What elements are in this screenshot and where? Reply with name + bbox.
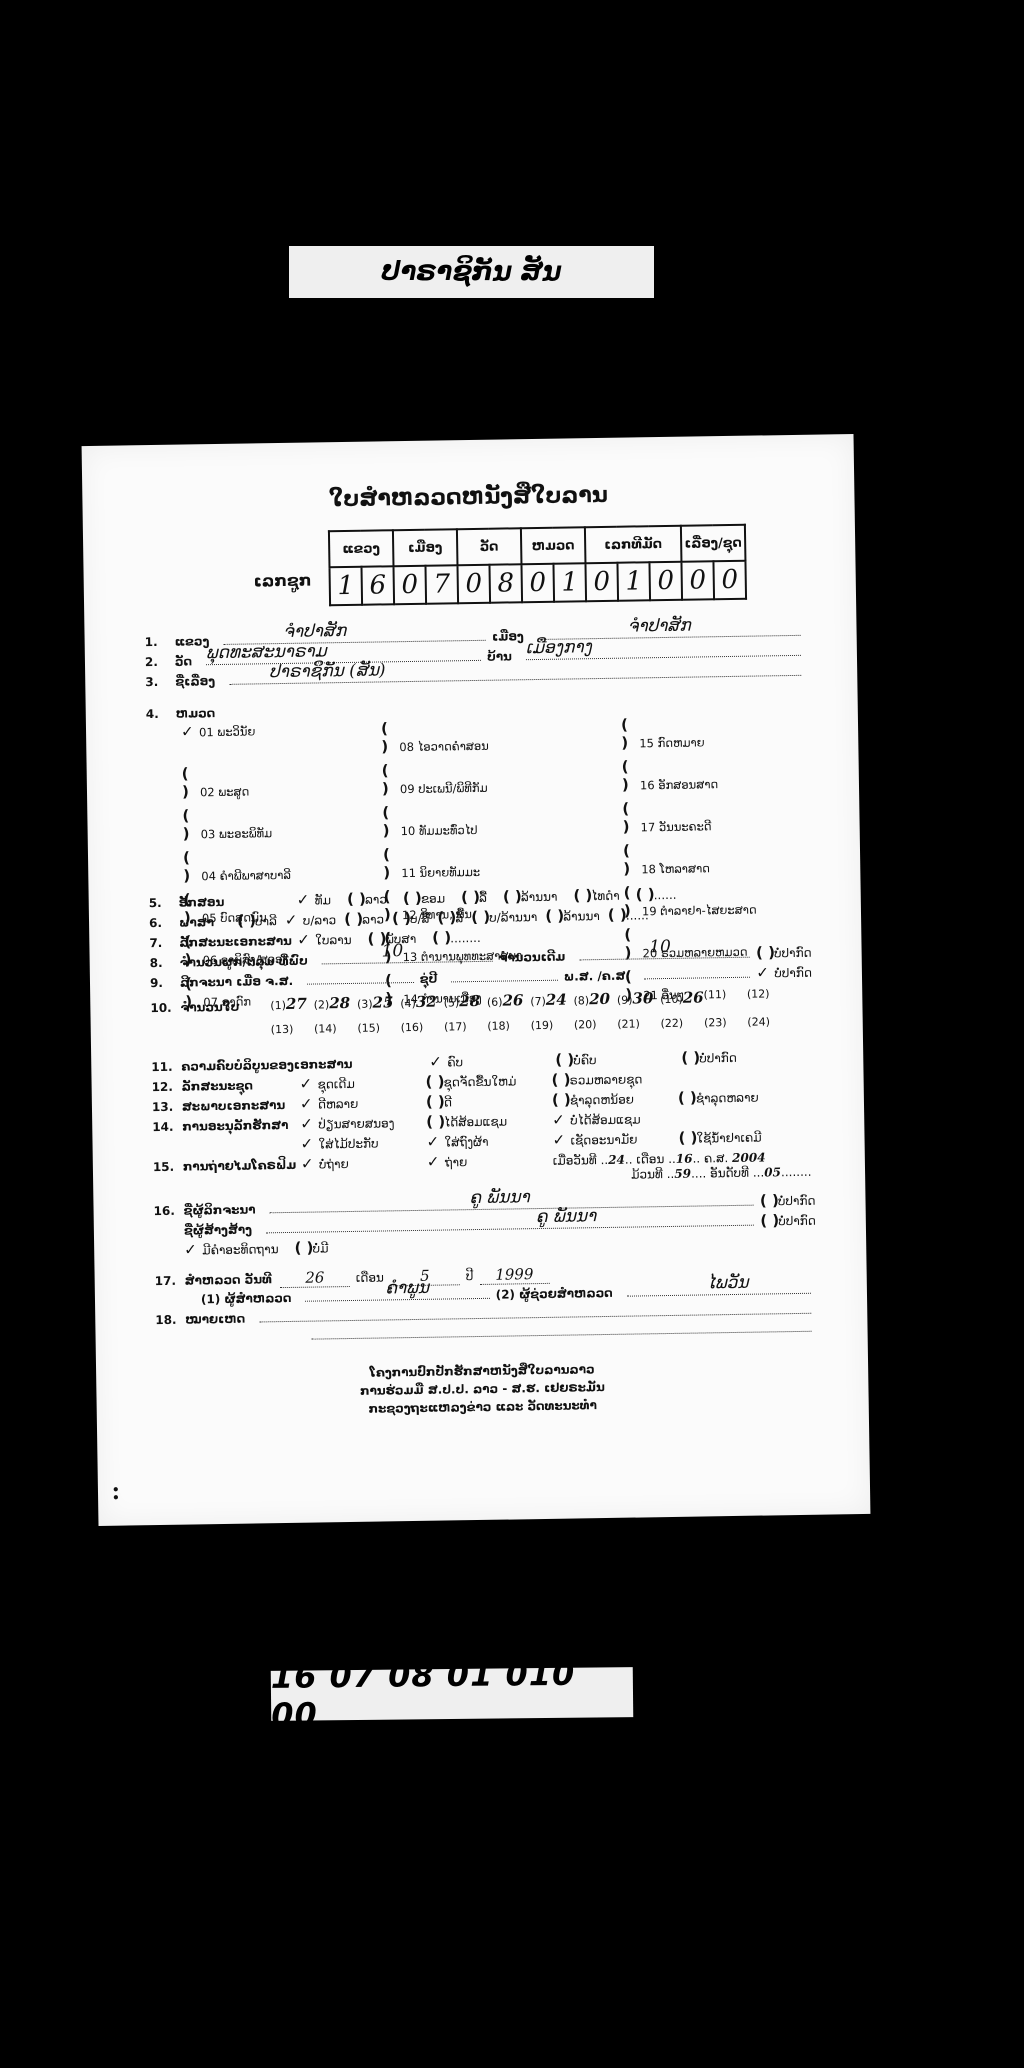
checkmark-icon: ✓ — [429, 1052, 447, 1070]
leaf-index: (20) — [574, 1018, 618, 1032]
field-label: ຫມວດ — [176, 706, 216, 721]
field-number: 16. — [153, 1204, 183, 1218]
code-col-category: ຫມວດ — [521, 527, 586, 564]
preservation-option[interactable]: ✓ໃສ່ໄມ້ປະກັບ — [300, 1133, 410, 1153]
village-line: ເມືອງກາງ — [526, 643, 801, 660]
dedication-option[interactable]: ( )ບໍ່ມີ — [294, 1238, 328, 1257]
category-option[interactable]: ( )11 ນິຍາຍທັມມະ — [383, 842, 624, 882]
assistant-value: ໄພວັນ — [706, 1273, 748, 1294]
leaves-grid: (1)27 (2)28 (3)25 (4)32 (5)28 (6)26 (7)2… — [270, 987, 791, 1036]
leaf-index: (17) — [444, 1020, 488, 1034]
empty-checkbox-icon: ( ) — [461, 888, 479, 906]
preservation-option[interactable]: ✓ບໍ່ໄດ້ສ້ອມແຊມ — [552, 1109, 641, 1128]
empty-checkbox-icon: ( ) — [760, 1191, 778, 1209]
microfilm-option[interactable]: ✓ຖ່າຍ — [427, 1151, 537, 1171]
category-option[interactable]: ( )16 ອັກສອນສາດ — [622, 755, 783, 794]
sponsor-value: ຄູ ພັນນາ — [536, 1206, 597, 1227]
category-option[interactable]: ( )09 ປະເພນີ/ພິທີກັມ — [382, 758, 623, 798]
field-label: ຊື່ຜູ້ສ້າງສ້າງ — [184, 1223, 252, 1238]
bundles-line: 10 — [322, 949, 493, 965]
province-value: ຈຳປາສັກ — [283, 621, 346, 642]
sponsor-unknown-option[interactable]: ( )ບໍ່ປາກົດ — [760, 1211, 816, 1230]
empty-checkbox-icon: ( ) — [182, 806, 201, 842]
checkmark-icon: ✓ — [552, 1131, 570, 1149]
empty-checkbox-icon: ( ) — [426, 1093, 444, 1111]
leaf-index: (23) — [704, 1016, 748, 1030]
category-option[interactable]: ( )18 ໂຫລາສາດ — [623, 839, 784, 878]
code-digit: 0 — [521, 564, 554, 602]
scribe-value: ຄູ ພັນນາ — [469, 1187, 530, 1208]
survey-form-sheet: ໃບສໍາຫລວດຫນັງສືໃບລານ ເລກຊູກ ແຂວງ ເມືອງ ວ… — [82, 434, 871, 1526]
bundles-unknown-option[interactable]: ( )ບໍ່ປາກົດ — [756, 943, 812, 962]
empty-checkbox-icon: ( ) — [383, 845, 402, 881]
leaf-count: (8)20 — [573, 990, 617, 1009]
checkmark-icon: ✓ — [297, 891, 315, 909]
leaf-count: (6)26 — [487, 991, 531, 1010]
dedication-option[interactable]: ✓ມີຄຳອະທິດຖານ — [184, 1239, 279, 1258]
field-number: 10. — [150, 1001, 180, 1015]
preservation-option[interactable]: ✓ເຊັດອະນາມັຍ — [552, 1129, 662, 1149]
field-label: ຊື່ຜູ້ລິກຈະນາ — [183, 1202, 255, 1217]
leaf-index: (18) — [487, 1019, 531, 1033]
leaf-count: (9)30 — [617, 989, 661, 1008]
language-option[interactable]: ( )ບ/ລື້ — [392, 909, 430, 928]
script-option[interactable]: ✓ທັມ — [297, 890, 332, 909]
code-digit: 0 — [713, 561, 746, 599]
empty-checkbox-icon: ( ) — [681, 1049, 699, 1067]
field-label: ຄວາມຄົບບໍລິບູນຂອງເອກະສານ — [181, 1056, 421, 1074]
language-option[interactable]: ( )ບາລີ — [237, 911, 277, 930]
category-option[interactable]: ( )03 ພະອະພິທັມ — [182, 803, 383, 842]
empty-checkbox-icon: ( ) — [392, 909, 410, 927]
field-label: ແຂວງ — [175, 634, 210, 649]
language-option[interactable]: ( )ບ/ລ້ານນາ — [471, 907, 537, 926]
leaf-count: (12) — [747, 987, 791, 1006]
field-label: ເມືອງ — [492, 629, 524, 643]
leaf-count: (3)25 — [357, 993, 401, 1012]
form-title: ໃບສໍາຫລວດຫນັງສືໃບລານ — [82, 479, 854, 516]
survey-day: 26 — [280, 1268, 350, 1288]
field-label: ຈຳນວນເດີມ — [498, 950, 565, 965]
bundle-type-option[interactable]: ✓ຊຸດເດີມ — [299, 1073, 409, 1093]
category-option[interactable]: ✓01 ພະວິນັຍ — [181, 719, 382, 758]
checkmark-icon: ✓ — [299, 1075, 317, 1093]
condition-option[interactable]: ( )ດີ — [426, 1091, 536, 1111]
empty-checkbox-icon: ( ) — [622, 757, 641, 793]
language-option[interactable]: ( )ລ້ານນາ — [545, 906, 600, 925]
field-label: ພ.ສ. /ຄ.ສ. — [564, 969, 630, 984]
code-digit: 0 — [585, 563, 618, 601]
village-value: ເມືອງກາງ — [526, 637, 592, 658]
checkmark-icon: ✓ — [184, 1240, 202, 1258]
script-option[interactable]: ( )ລາວ — [347, 889, 387, 908]
checkmark-icon: ✓ — [301, 1154, 319, 1172]
field-label: ອັກສອນ — [179, 894, 289, 910]
title-value: ປາຣາຊິກັນ (ສັນ) — [269, 660, 386, 682]
empty-checkbox-icon: ( ) — [471, 908, 489, 926]
field-label: ຈຳນວນຜູກ/ຕລຸ່ມ ທີ່ພົບ — [180, 954, 308, 970]
cs-year-line — [307, 970, 414, 985]
field-number: 14. — [152, 1120, 182, 1134]
field-label: ວັດ — [175, 654, 192, 668]
field-label: ຈຳນວນໃບ — [180, 1000, 240, 1015]
empty-checkbox-icon: ( ) — [678, 1089, 696, 1107]
manuscript-title-label: ປາຣາຊິກັນ ສັນ — [289, 246, 654, 298]
field-number: 8. — [150, 956, 180, 970]
checkmark-icon: ✓ — [427, 1153, 445, 1171]
empty-checkbox-icon: ( ) — [622, 799, 641, 835]
code-col-bundle-no: ເລກທີມັດ — [585, 526, 682, 564]
microfilm-option[interactable]: ✓ບໍ່ຖ່າຍ — [301, 1153, 411, 1173]
code-digit: 8 — [489, 564, 522, 602]
leaf-index: (15) — [357, 1021, 401, 1035]
script-option[interactable]: ( )ຂອມ — [403, 888, 445, 907]
empty-checkbox-icon: ( ) — [382, 803, 401, 839]
scribe-unknown-option[interactable]: ( )ບໍ່ປາກົດ — [760, 1191, 816, 1210]
category-option[interactable]: ( )08 ໄອວາດຄຳສອນ — [381, 716, 622, 756]
field-number: 9. — [150, 976, 180, 990]
field-number: 5. — [149, 896, 179, 910]
code-label: ເລກຊູກ — [254, 571, 312, 591]
language-option[interactable]: ✓ບ/ລາວ — [285, 910, 337, 929]
assistant-line: ໄພວັນ — [627, 1281, 811, 1297]
empty-checkbox-icon: ( ) — [425, 1073, 443, 1091]
field-label: ການຖ່າຍໄມໂຄຣຟິມ — [183, 1158, 293, 1174]
preservation-option[interactable]: ✓ປ່ຽນສາຍສນອງ — [300, 1113, 410, 1133]
empty-checkbox-icon: ( ) — [294, 1239, 312, 1257]
condition-option[interactable]: ✓ດີຫລາຍ — [300, 1093, 410, 1113]
leaf-count: (4)32 — [400, 993, 444, 1012]
preservation-option[interactable]: ( )ໃຊ້ນ້ຳຢາເຄມີ — [678, 1128, 761, 1147]
empty-checkbox-icon: ( ) — [573, 886, 591, 904]
completeness-option[interactable]: ✓ຄົບ — [429, 1051, 539, 1071]
ink-specks: •• — [112, 1486, 120, 1502]
field-label: ພາສາ — [179, 915, 229, 930]
material-option[interactable]: ( )........ — [432, 928, 481, 947]
field-label: ບ້ານ — [487, 649, 512, 663]
code-digit: 0 — [649, 562, 682, 600]
code-col-district: ເມືອງ — [393, 529, 458, 566]
form-footer: ໂຄງການປົກປັກຮັກສາຫນັງສືໃບລານລາວ ການຮ່ວມມ… — [96, 1356, 869, 1422]
code-col-province: ແຂວງ — [329, 530, 394, 567]
field-label: ລິກຈະນາ ເມື່ອ ຈ.ສ. — [180, 974, 293, 990]
field-number: 4. — [146, 707, 176, 721]
empty-checkbox-icon: ( ) — [403, 889, 421, 907]
checkmark-icon: ✓ — [297, 931, 315, 949]
field-label: (2) ຜູ້ຊ່ວຍສຳຫລວດ — [496, 1286, 613, 1302]
title-line: ປາຣາຊິກັນ (ສັນ) — [229, 663, 801, 685]
category-option[interactable]: ( )04 ຄຳພີພາສາບາລີ — [183, 845, 384, 884]
preservation-option[interactable]: ✓ໃສ່ຖົງຜ້າ — [426, 1131, 536, 1151]
surveyor-line: ຄຳພູນ — [305, 1286, 489, 1302]
code-digit: 1 — [617, 562, 650, 600]
empty-checkbox-icon: ( ) — [183, 848, 202, 884]
empty-checkbox-icon: ( ) — [552, 1091, 570, 1109]
leaf-index: (13) — [271, 1023, 315, 1037]
checkmark-icon: ✓ — [181, 722, 199, 740]
leaf-index: (19) — [531, 1018, 575, 1032]
leaf-count: (5)28 — [443, 992, 487, 1011]
field-label: ສະພາບເອກະສານ — [182, 1098, 292, 1114]
orig-bundles-value: 10 — [649, 937, 671, 957]
scribe-line: ຄູ ພັນນາ — [269, 1193, 754, 1214]
catalog-code-label: 16 07 08 01 010 00 — [271, 1667, 634, 1721]
empty-checkbox-icon: ( ) — [608, 906, 626, 924]
code-digit-row: 1 6 0 7 0 8 0 1 0 1 0 0 0 — [329, 561, 746, 606]
empty-checkbox-icon: ( ) — [381, 719, 400, 755]
leaf-count: (7)24 — [530, 990, 574, 1009]
date-unknown-option[interactable]: ✓ບໍ່ປາກົດ — [756, 963, 812, 982]
code-digit: 1 — [553, 563, 586, 601]
empty-checkbox-icon: ( ) — [621, 715, 640, 751]
language-option[interactable]: ( )ລາວ — [344, 909, 384, 928]
field-label: ໝາຍເຫດ — [185, 1312, 245, 1327]
bundle-type-option[interactable]: ( )ຊຸດຈັດຂື້ນໃຫມ່ — [425, 1071, 535, 1091]
script-option[interactable]: ( )ລື້ — [461, 888, 487, 906]
surveyor-value: ຄຳພູນ — [385, 1278, 429, 1299]
temple-value: ພຸດທະສະນາຣາມ — [206, 641, 327, 663]
field-label: ຊຸ່ປີ — [420, 972, 438, 986]
code-digit: 6 — [361, 566, 394, 604]
code-col-story: ເລື່ອງ/ຊຸດ — [681, 525, 746, 562]
checkmark-icon: ✓ — [756, 963, 774, 981]
checkmark-icon: ✓ — [426, 1133, 444, 1151]
leaf-count: (2)28 — [314, 994, 358, 1013]
field-number: 17. — [155, 1274, 185, 1288]
language-option[interactable]: ( )...... — [608, 905, 649, 924]
field-label: ລັກສະນະຊຸດ — [182, 1078, 292, 1094]
empty-checkbox-icon: ( ) — [503, 887, 521, 905]
bundles-value: 10 — [381, 941, 403, 961]
leaf-index: (14) — [314, 1022, 358, 1036]
empty-checkbox-icon: ( ) — [623, 841, 642, 877]
survey-year: 1999 — [479, 1265, 549, 1285]
condition-option[interactable]: ( )ຊຳລຸດຫລາຍ — [678, 1088, 759, 1107]
empty-checkbox-icon: ( ) — [426, 1113, 444, 1131]
code-digit: 7 — [425, 565, 458, 603]
leaf-count: (11) — [704, 988, 748, 1007]
empty-checkbox-icon: ( ) — [437, 908, 455, 926]
leaf-index: (21) — [617, 1017, 661, 1031]
leaf-count: (1)27 — [270, 995, 314, 1014]
field-label: ສຳຫລວດ ວັນທີ — [185, 1272, 272, 1287]
field-label: ເດືອນ — [356, 1270, 384, 1284]
empty-checkbox-icon: ( ) — [382, 761, 401, 797]
checkmark-icon: ✓ — [552, 1111, 570, 1129]
leaf-index: (16) — [401, 1021, 445, 1035]
field-number: 1. — [145, 635, 175, 649]
leaf-index: (22) — [660, 1016, 704, 1030]
district-value: ຈຳປາສັກ — [628, 616, 691, 637]
script-option[interactable]: ( )...... — [636, 885, 677, 904]
field-number: 12. — [152, 1080, 182, 1094]
field-number: 3. — [145, 675, 175, 689]
category-option[interactable]: ( )15 ກົດຫມາຍ — [621, 713, 782, 752]
empty-checkbox-icon: ( ) — [678, 1129, 696, 1147]
field-label: ປີ — [466, 1269, 474, 1283]
completeness-option[interactable]: ( )ບໍ່ຄົບ — [555, 1049, 665, 1069]
empty-checkbox-icon: ( ) — [182, 764, 201, 800]
field-number: 7. — [149, 936, 179, 950]
checkmark-icon: ✓ — [300, 1094, 318, 1112]
orig-bundles-line: 10 — [579, 945, 750, 961]
field-number: 13. — [152, 1100, 182, 1114]
empty-checkbox-icon: ( ) — [237, 911, 255, 929]
leaf-count: (10)26 — [660, 988, 704, 1007]
category-option[interactable]: ( )17 ວັນນະຄະດີ — [622, 797, 783, 836]
empty-checkbox-icon: ( ) — [347, 890, 365, 908]
preservation-option[interactable]: ( )ໄດ້ສ້ອມແຊມ — [426, 1111, 536, 1131]
empty-checkbox-icon: ( ) — [756, 943, 774, 961]
field-number: 18. — [155, 1313, 185, 1327]
language-option[interactable]: ( )ລື້ — [437, 908, 463, 926]
field-number: 11. — [151, 1060, 181, 1074]
category-option[interactable]: ( )02 ພະສູດ — [182, 761, 383, 800]
leaf-index: (24) — [747, 1015, 791, 1029]
field-label: ຊື່ເລື່ອງ — [175, 674, 215, 689]
empty-checkbox-icon: ( ) — [551, 1071, 569, 1089]
category-option[interactable]: ( )10 ທັມມະທົ່ວໄປ — [382, 800, 623, 840]
checkmark-icon: ✓ — [300, 1134, 318, 1152]
checkmark-icon: ✓ — [285, 911, 303, 929]
bundle-type-option[interactable]: ( )ຣວມຫລາຍຊຸດ — [551, 1069, 642, 1088]
field-label: ລັກສະນະເອກະສານ — [179, 934, 289, 950]
field-label: ການອະນຸລັກຮັກສາ — [182, 1118, 292, 1134]
year-line — [451, 968, 558, 983]
condition-option[interactable]: ( )ຊຳລຸດຫນ້ອຍ — [552, 1089, 662, 1109]
era-line — [644, 965, 751, 980]
empty-checkbox-icon: ( ) — [545, 907, 563, 925]
material-option[interactable]: ✓ໃບລານ — [297, 930, 352, 949]
field-number: 6. — [149, 916, 179, 930]
code-col-temple: ວັດ — [457, 528, 522, 565]
script-option[interactable]: ( )ໄທດຳ — [573, 886, 620, 905]
field-number: 15. — [153, 1160, 183, 1174]
code-digit: 1 — [329, 567, 362, 605]
code-digit: 0 — [457, 565, 490, 603]
script-option[interactable]: ( )ລ້ານນາ — [503, 887, 558, 906]
code-digit: 0 — [393, 566, 426, 604]
empty-checkbox-icon: ( ) — [555, 1050, 573, 1068]
field-label: (1) ຜູ້ສຳຫລວດ — [201, 1291, 292, 1306]
field-number: 2. — [145, 655, 175, 669]
code-digit: 0 — [681, 561, 714, 599]
checkmark-icon: ✓ — [300, 1114, 318, 1132]
completeness-option[interactable]: ( )ບໍ່ປາກົດ — [681, 1048, 737, 1067]
code-table: ແຂວງ ເມືອງ ວັດ ຫມວດ ເລກທີມັດ ເລື່ອງ/ຊຸດ … — [328, 524, 747, 607]
empty-checkbox-icon: ( ) — [432, 928, 450, 946]
empty-checkbox-icon: ( ) — [636, 885, 654, 903]
empty-checkbox-icon: ( ) — [760, 1211, 778, 1229]
empty-checkbox-icon: ( ) — [344, 910, 362, 928]
